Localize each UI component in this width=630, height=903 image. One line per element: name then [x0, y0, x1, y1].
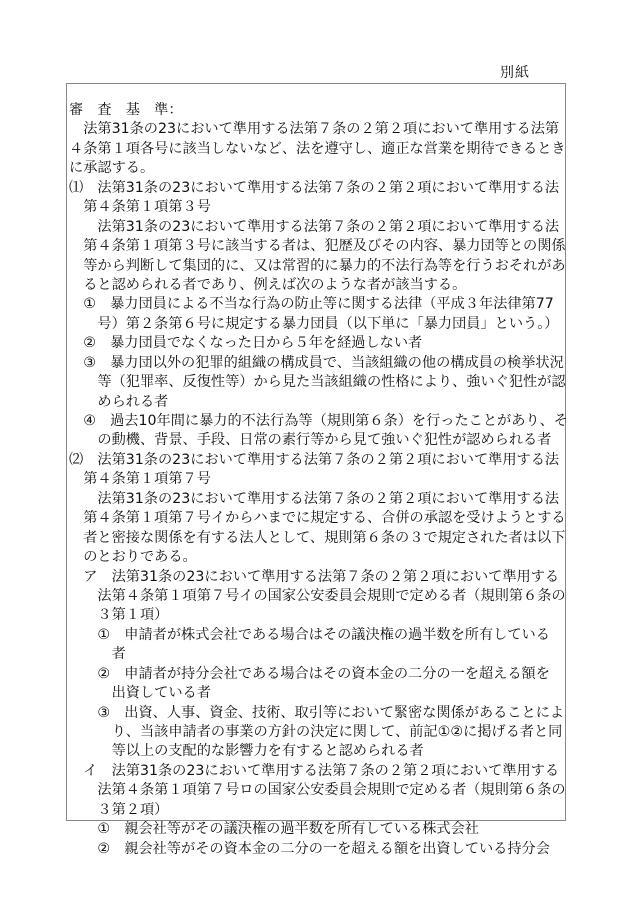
text-line: ③ 出資、人事、資金、技術、取引等において緊密な関係があることによ [69, 704, 563, 723]
text-line: り、当該申請者の事業の方針の決定に関して、前記①②に掲げる者と同 [69, 723, 563, 742]
text-line: ③ 暴力団以外の犯罪的組織の構成員で、当該組織の他の構成員の検挙状況 [69, 354, 563, 373]
text-line: ④ 過去10年間に暴力的不法行為等（規則第６条）を行ったことがあり、そ [69, 412, 563, 431]
text-line: の動機、背景、手段、日常の素行等から見て強いぐ犯性が認められる者 [69, 431, 563, 450]
text-line: に承認する。 [69, 159, 563, 178]
text-line: 法第31条の23において準用する法第７条の２第２項において準用する法第 [69, 120, 563, 139]
text-line: のとおりである。 [69, 548, 563, 567]
annex-label: 別紙 [500, 62, 530, 82]
text-line: ② 申請者が持分会社である場合はその資本金の二分の一を超える額を [69, 665, 563, 684]
text-line: ① 暴力団員による不当な行為の防止等に関する法律（平成３年法律第77 [69, 295, 563, 314]
text-line: ① 申請者が株式会社である場合はその議決権の過半数を所有している [69, 626, 563, 645]
text-line: ⑵ 法第31条の23において準用する法第７条の２第２項において準用する法 [69, 451, 563, 470]
text-line: 法第31条の23において準用する法第７条の２第２項において準用する法 [69, 218, 563, 237]
text-line: イ 法第31条の23において準用する法第７条の２第２項において準用する [69, 762, 563, 781]
text-line: 号）第２条第６号に規定する暴力団員（以下単に「暴力団員」という。） [69, 315, 563, 334]
text-line: 等以上の支配的な影響力を有すると認められる者 [69, 742, 563, 761]
text-line: ② 暴力団員でなくなった日から５年を経過しない者 [69, 334, 563, 353]
text-line: ４条第１項各号に該当しないなど、法を遵守し、適正な営業を期待できるとき [69, 140, 563, 159]
text-line: 法第31条の23において準用する法第７条の２第２項において準用する法 [69, 490, 563, 509]
text-line: 法第４条第１項第７号イの国家公安委員会規則で定める者（規則第６条の [69, 587, 563, 606]
text-line: 出資している者 [69, 684, 563, 703]
text-line: 者 [69, 645, 563, 664]
text-line: ３第２項） [69, 801, 563, 820]
text-line: 第４条第１項第３号 [69, 198, 563, 217]
text-line: 等（犯罪率、反復性等）から見た当該組織の性格により、強いぐ犯性が認 [69, 373, 563, 392]
text-line: ② 親会社等がその資本金の二分の一を超える額を出資している持分会 [69, 840, 563, 859]
text-line: ① 親会社等がその議決権の過半数を所有している株式会社 [69, 820, 563, 839]
text-line: ３第１項） [69, 606, 563, 625]
text-line: 者と密接な関係を有する法人として、規則第６条の３で規定された者は以下 [69, 529, 563, 548]
criteria-heading: 審 査 基 準： [69, 101, 563, 120]
text-line: ア 法第31条の23において準用する法第７条の２第２項において準用する [69, 568, 563, 587]
text-line: められる者 [69, 393, 563, 412]
text-line: 第４条第１項第７号 [69, 470, 563, 489]
criteria-content: 審 査 基 準： 法第31条の23において準用する法第７条の２第２項において準用… [69, 101, 563, 859]
text-line: 等から判断して集団的に、又は常習的に暴力的不法行為等を行うおそれがあ [69, 257, 563, 276]
text-line: 第４条第１項第７号イからハまでに規定する、合併の承認を受けようとする [69, 509, 563, 528]
criteria-box: 審 査 基 準： 法第31条の23において準用する法第７条の２第２項において準用… [66, 83, 566, 821]
text-line: ⑴ 法第31条の23において準用する法第７条の２第２項において準用する法 [69, 179, 563, 198]
text-line: 法第４条第１項第７号ロの国家公安委員会規則で定める者（規則第６条の [69, 781, 563, 800]
text-line: ると認められる者であり、例えば次のような者が該当する。 [69, 276, 563, 295]
text-line: 第４条第１項第３号に該当する者は、犯歴及びその内容、暴力団等との関係 [69, 237, 563, 256]
